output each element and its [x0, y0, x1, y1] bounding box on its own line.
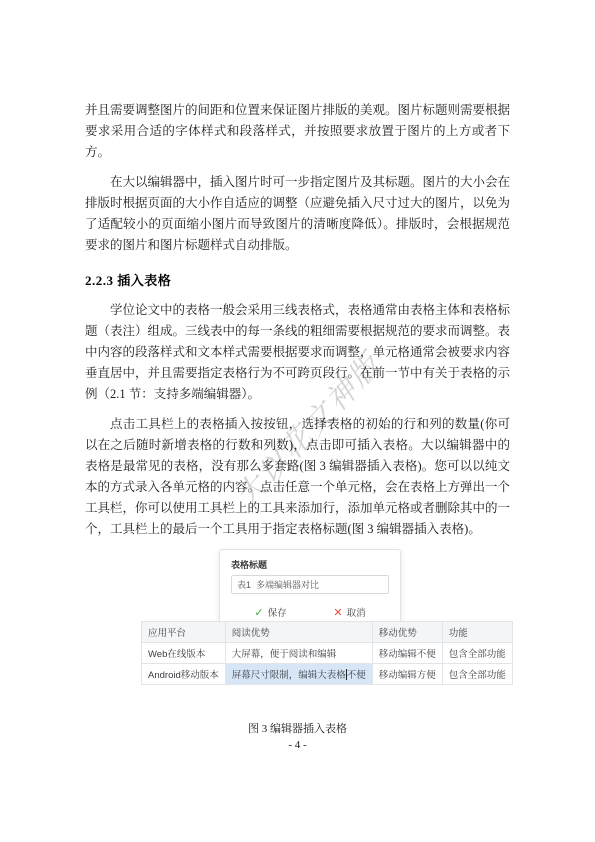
document-page-content: 并且需要调整图片的间距和位置来保证图片排版的美观。图片标题则需要根据要求采用合适… [85, 100, 510, 736]
table-row: Web在线版本 大屏幕，便于阅读和编辑 移动编辑不便 包含全部功能 [142, 643, 513, 664]
table-title-input[interactable] [231, 575, 389, 594]
table-cell[interactable]: 包含全部功能 [442, 664, 512, 685]
table-row: Android移动版本 屏幕尺寸限制，编辑大表格不便 移动编辑方便 包含全部功能 [142, 664, 513, 685]
save-button-label: 保存 [268, 605, 287, 619]
column-header: 阅读优势 [225, 622, 372, 643]
popup-actions: ✓ 保存 ✕ 取消 [231, 605, 389, 619]
section-heading: 2.2.3 插入表格 [85, 270, 510, 289]
table-cell[interactable]: Android移动版本 [142, 664, 226, 685]
table-cell[interactable]: 移动编辑不便 [372, 643, 442, 664]
paragraph: 并且需要调整图片的间距和位置来保证图片排版的美观。图片标题则需要根据要求采用合适… [85, 100, 510, 163]
table-cell[interactable]: 移动编辑方便 [372, 664, 442, 685]
column-header: 功能 [442, 622, 512, 643]
cancel-button-label: 取消 [347, 605, 366, 619]
page-number: - 4 - [0, 739, 595, 751]
cell-text-before-caret: 屏幕尺寸限制，编辑大表格 [232, 670, 346, 681]
table-cell[interactable]: Web在线版本 [142, 643, 226, 664]
table-header-row: 应用平台 阅读优势 移动优势 功能 [142, 622, 513, 643]
figure-table: 应用平台 阅读优势 移动优势 功能 Web在线版本 大屏幕，便于阅读和编辑 移动… [141, 621, 513, 685]
table-cell-editing[interactable]: 屏幕尺寸限制，编辑大表格不便 [225, 664, 372, 685]
column-header: 移动优势 [372, 622, 442, 643]
column-header: 应用平台 [142, 622, 226, 643]
save-button[interactable]: ✓ 保存 [254, 605, 286, 619]
paragraph: 点击工具栏上的表格插入按按钮，选择表格的初始的行和列的数量(你可以在之后随时新增… [85, 414, 510, 540]
paragraph: 在大以编辑器中，插入图片时可一步指定图片及其标题。图片的大小会在排版时根据页面的… [85, 172, 510, 256]
table-cell[interactable]: 包含全部功能 [442, 643, 512, 664]
table-title-popup: 表格标题 ✓ 保存 ✕ 取消 [219, 549, 401, 629]
table-cell[interactable]: 大屏幕，便于阅读和编辑 [225, 643, 372, 664]
check-icon: ✓ [254, 606, 263, 619]
paragraph: 学位论文中的表格一般会采用三线表格式，表格通常由表格主体和表格标题（表注）组成。… [85, 300, 510, 405]
close-icon: ✕ [333, 606, 342, 619]
popup-title-label: 表格标题 [231, 558, 389, 571]
figure-editor-insert-table: 表格标题 ✓ 保存 ✕ 取消 应用平台 阅读优势 移动优势 [85, 549, 510, 689]
figure-caption: 图 3 编辑器插入表格 [85, 720, 510, 736]
cell-text-after-caret: 不便 [347, 670, 366, 681]
cancel-button[interactable]: ✕ 取消 [333, 605, 365, 619]
